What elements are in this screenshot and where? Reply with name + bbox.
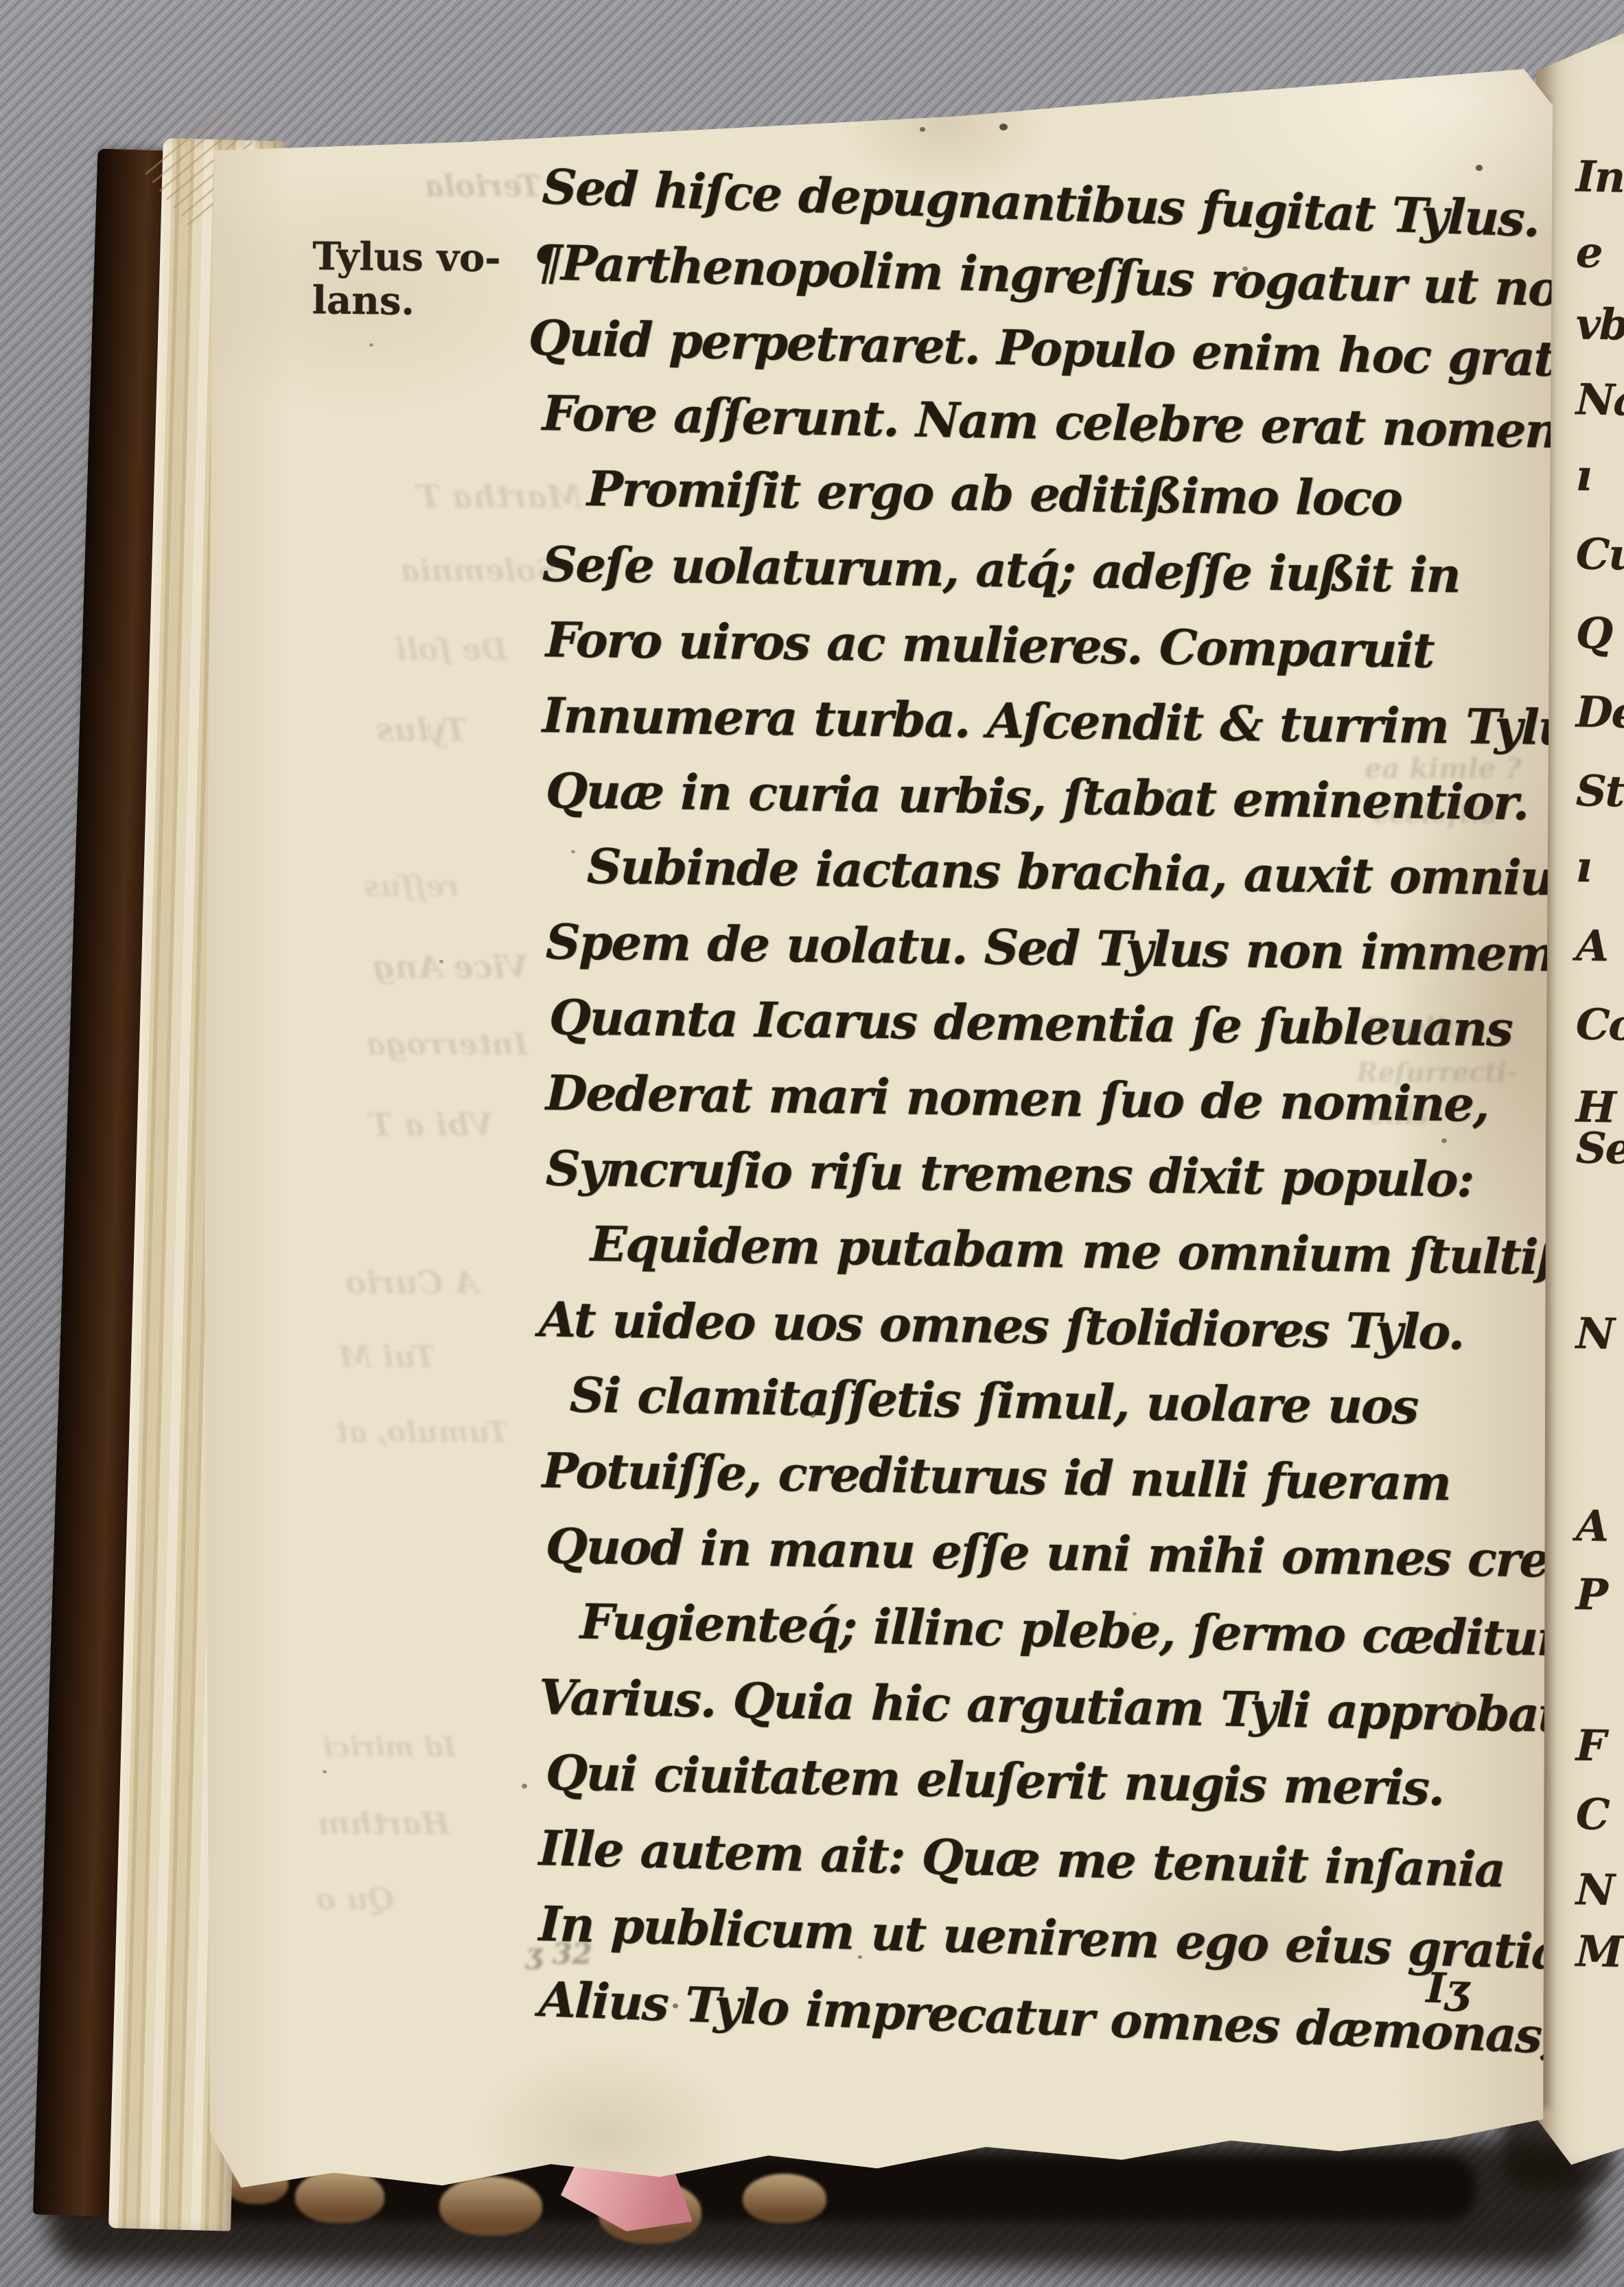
verse-line: Syncruſio riſu tremens dixit populo: bbox=[546, 1143, 1474, 1205]
verse-line: Dederat mari nomen ſuo de nomine, bbox=[546, 1068, 1489, 1129]
ink-spot bbox=[999, 124, 1008, 130]
verse-line: Seſe uolaturum, atq́; adeſſe iußit in bbox=[542, 539, 1461, 601]
verse-line: Qui ciuitatem eluſerit nugis meris. bbox=[545, 1747, 1443, 1813]
show-through-mark: Vice Ang bbox=[373, 951, 529, 982]
verse-line: Varius. Quia hic argutiam Tyli approbat bbox=[538, 1672, 1559, 1740]
show-through-mark: Interroga bbox=[366, 1030, 528, 1060]
verse-line: Equidem putabam me omnium ſtultißimum, bbox=[590, 1219, 1624, 1285]
facing-page-line-fragment: N bbox=[1575, 1869, 1614, 1912]
show-through-mark: ʒ 32 bbox=[526, 1940, 592, 1968]
facing-page-line-fragment: e bbox=[1575, 231, 1602, 275]
facing-page-line-fragment: Co bbox=[1575, 1003, 1624, 1047]
facing-page-line-fragment: P bbox=[1575, 1574, 1607, 1617]
ink-spot bbox=[323, 1770, 327, 1773]
verse-line: At uideo uos omnes ſtolidiores Tylo. bbox=[538, 1294, 1463, 1357]
show-through-mark: Tylus bbox=[376, 714, 467, 746]
verse-line: Alius Tylo imprecatur omnes dæmonas, bbox=[538, 1974, 1557, 2062]
verse-line: Fore aſſerunt. Nam celebre erat nomen Ty… bbox=[542, 388, 1624, 458]
photo-of-open-book: InevbNaıCuQDeStrıACoHSeNAPFCNM Tylus vo-… bbox=[0, 0, 1624, 2287]
facing-page-line-fragment: N bbox=[1575, 1313, 1614, 1356]
verse-line: Innumera turba. Aſcendit & turrim Tylus bbox=[542, 690, 1598, 753]
show-through-mark: eccleſtia bbox=[1373, 801, 1498, 827]
verse-line: Ille autem ait: Quæ me tenuit inſania bbox=[538, 1823, 1505, 1895]
ink-spot bbox=[673, 2003, 678, 2008]
verse-line: Spem de uolatu. Sed Tylus non immemor bbox=[546, 917, 1610, 980]
verse-line: Fugienteq́; illinc plebe, ſermo cæditur bbox=[579, 1596, 1561, 1664]
margin-note-line: lans. bbox=[312, 278, 518, 324]
ink-spot bbox=[1476, 165, 1483, 171]
show-through-mark: Tui M bbox=[338, 1342, 435, 1372]
facing-page-line-fragment: Cu bbox=[1575, 533, 1624, 577]
ink-spot bbox=[522, 1784, 527, 1789]
show-through-mark: Replic bbox=[1365, 1014, 1461, 1042]
show-through-mark: De ſoli bbox=[395, 635, 507, 665]
show-through-mark: Reſurrecti- bbox=[1356, 1059, 1518, 1085]
signature-mark: Iʒ bbox=[1426, 1968, 1470, 2010]
facing-page-line-fragment: vb bbox=[1575, 303, 1624, 346]
verse-line: Potuiſſe, crediturus id nulli fueram bbox=[542, 1445, 1450, 1508]
verse-line: Si clamitaſſetis ſimul, uolare uos bbox=[569, 1370, 1417, 1432]
facing-page-line-fragment: Se bbox=[1575, 1127, 1624, 1170]
verse-line: Quid perpetraret. Populo enim hoc gratiß… bbox=[528, 312, 1624, 387]
facing-page-line-fragment: M bbox=[1575, 1930, 1622, 1973]
ink-spot bbox=[1455, 1701, 1461, 1706]
verse-line: Quod in manu eſſe uni mihi omnes crediti… bbox=[545, 1521, 1624, 1587]
show-through-mark: ea kimle ? bbox=[1365, 755, 1522, 783]
verse-line: ¶Parthenopolim ingreſſus rogatur ut noui bbox=[531, 237, 1610, 316]
ink-spot bbox=[810, 1413, 815, 1418]
facing-page-line-fragment: In bbox=[1575, 155, 1624, 198]
ink-spot bbox=[369, 343, 373, 347]
show-through-mark: Teriola bbox=[424, 172, 541, 202]
book-page: Tylus vo- lans. Sed hiſce depugnantibus … bbox=[198, 58, 1557, 2200]
ink-spot bbox=[1441, 1138, 1447, 1143]
show-through-mark: Tumulo, at bbox=[335, 1418, 509, 1447]
facing-page-line-fragment: Q bbox=[1575, 612, 1612, 656]
ink-spot bbox=[1167, 788, 1172, 793]
facing-page-line-fragment: C bbox=[1575, 1793, 1608, 1837]
margin-note-line: Tylus vo- bbox=[312, 234, 519, 280]
facing-page-line-fragment: A bbox=[1575, 925, 1608, 968]
show-through-mark: Vbi a T bbox=[369, 1109, 494, 1140]
facing-page-line-fragment: Str bbox=[1575, 770, 1624, 814]
show-through-mark: Solemnia bbox=[400, 556, 558, 586]
facing-page-line-fragment: ı bbox=[1575, 455, 1591, 497]
page-block-edge bbox=[743, 2174, 826, 2223]
verse-line: Promiſit ergo ab editißimo loco bbox=[587, 463, 1402, 524]
ink-spot bbox=[863, 79, 873, 87]
show-through-mark: Martha T bbox=[417, 481, 582, 512]
show-through-mark: A Curio bbox=[345, 1267, 478, 1298]
page-block-edge bbox=[295, 2170, 384, 2223]
facing-page-line-fragment: F bbox=[1575, 1725, 1605, 1768]
margin-note: Tylus vo- lans. bbox=[312, 234, 518, 324]
show-through-mark: reſſus bbox=[364, 872, 459, 901]
facing-page-line-fragment: ı bbox=[1575, 846, 1591, 888]
show-through-mark: onis bbox=[1368, 1102, 1429, 1128]
facing-page-line-fragment: Na bbox=[1575, 378, 1624, 422]
ink-spot bbox=[982, 91, 997, 104]
facing-page-line-fragment: De bbox=[1575, 691, 1624, 735]
verse-line: Subinde iactans brachia, auxit omnium bbox=[587, 841, 1603, 904]
show-through-mark: Harthm bbox=[318, 1809, 450, 1839]
page-block-edge bbox=[439, 2176, 542, 2236]
ink-spot bbox=[936, 71, 948, 81]
ink-spot bbox=[894, 101, 901, 107]
facing-page-line-fragment: A bbox=[1575, 1505, 1608, 1548]
verse-line: Sed hiſce depugnantibus fugitat Tylus. bbox=[542, 161, 1540, 245]
ink-spot bbox=[571, 850, 575, 853]
verse-line: Foro uiros ac mulieres. Comparuit bbox=[546, 614, 1434, 676]
ink-spot bbox=[1139, 438, 1145, 443]
ink-spot bbox=[920, 127, 925, 132]
show-through-mark: Id mirici bbox=[323, 1734, 456, 1761]
ink-spot bbox=[1242, 266, 1248, 271]
show-through-mark: Qu o bbox=[316, 1885, 395, 1915]
